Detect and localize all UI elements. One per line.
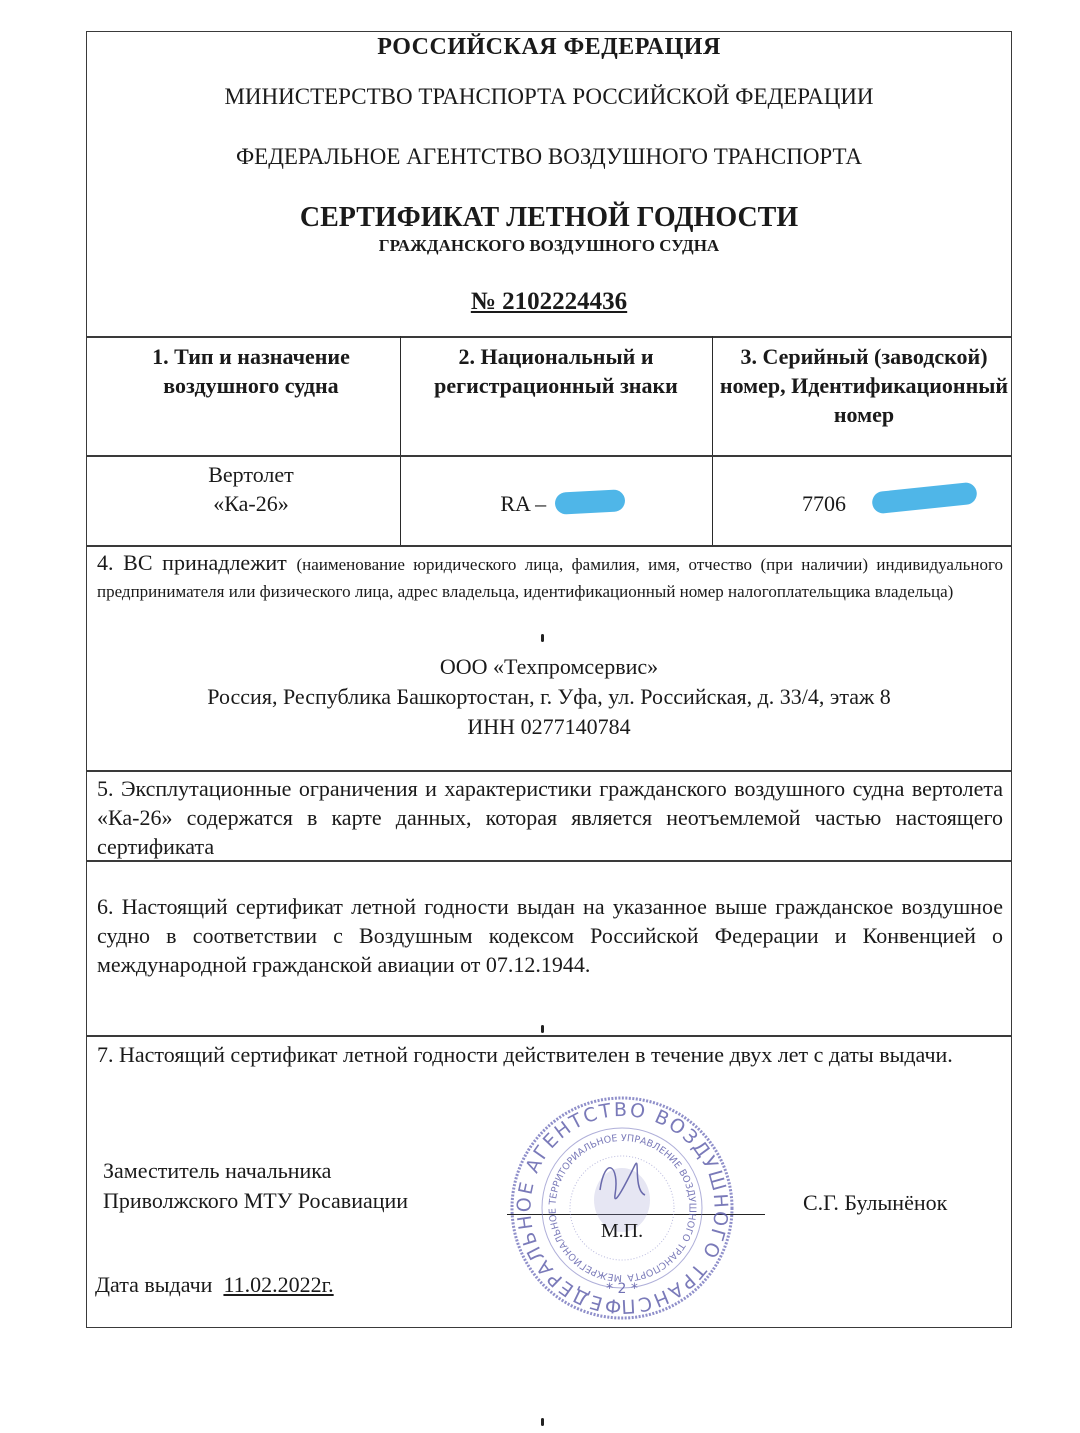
issue-date-label: Дата выдачи xyxy=(95,1272,212,1297)
signer-name: С.Г. Булынёнок xyxy=(803,1188,947,1218)
signer-position: Заместитель начальника Приволжского МТУ … xyxy=(103,1156,408,1216)
divider xyxy=(87,860,1011,862)
aircraft-type-line1: Вертолет xyxy=(117,460,385,489)
ministry-heading: МИНИСТЕРСТВО ТРАНСПОРТА РОССИЙСКОЙ ФЕДЕР… xyxy=(87,84,1011,110)
divider xyxy=(87,455,1011,457)
section-4-header: 4. ВС принадлежит (наименование юридичес… xyxy=(97,550,1003,604)
stamp-number: * 2 * xyxy=(606,1281,638,1297)
serial-prefix: 7706 xyxy=(802,491,846,516)
issue-date: Дата выдачи 11.02.2022г. xyxy=(95,1270,334,1300)
issue-date-value: 11.02.2022г. xyxy=(223,1272,333,1297)
divider xyxy=(87,1035,1011,1037)
redaction-mark xyxy=(554,489,625,515)
owner-address: Россия, Республика Башкортостан, г. Уфа,… xyxy=(87,682,1011,712)
certificate-subtitle: ГРАЖДАНСКОГО ВОЗДУШНОГО СУДНА xyxy=(87,236,1011,256)
certificate-title: СЕРТИФИКАТ ЛЕТНОЙ ГОДНОСТИ xyxy=(87,202,1011,234)
divider xyxy=(87,770,1011,772)
column-divider xyxy=(712,336,713,545)
section-7-text: 7. Настоящий сертификат летной годности … xyxy=(97,1040,1003,1069)
divider xyxy=(87,336,1011,338)
column-header-registration: 2. Национальный и регистрационный знаки xyxy=(407,342,705,400)
divider xyxy=(87,545,1011,547)
punch-mark xyxy=(541,1025,544,1033)
column-divider xyxy=(400,336,401,545)
section-4-label: 4. ВС принадлежит xyxy=(97,550,287,575)
signer-position-line2: Приволжского МТУ Росавиации xyxy=(103,1186,408,1216)
aircraft-type-line2: «Ка-26» xyxy=(117,489,385,518)
column-header-type: 1. Тип и назначение воздушного судна xyxy=(117,342,385,400)
section-6-text: 6. Настоящий сертификат летной годности … xyxy=(97,892,1003,979)
certificate-number-text: № 2102224436 xyxy=(471,288,627,315)
aircraft-type-value: Вертолет «Ка-26» xyxy=(117,460,385,518)
stamp-mark-label: М.П. xyxy=(601,1220,643,1242)
punch-mark xyxy=(541,1418,544,1426)
owner-inn: ИНН 0277140784 xyxy=(87,712,1011,742)
country-heading: РОССИЙСКАЯ ФЕДЕРАЦИЯ xyxy=(87,34,1011,61)
registration-prefix: RA – xyxy=(500,491,551,516)
official-stamp: ФЕДЕРАЛЬНОЕ АГЕНТСТВО ВОЗДУШНОГО ТРАНСПО… xyxy=(505,1095,740,1325)
punch-mark xyxy=(541,634,544,642)
section-5-text: 5. Эксплутационные ограничения и характе… xyxy=(97,774,1003,861)
column-header-serial: 3. Серийный (заводской) номер, Идентифик… xyxy=(719,342,1009,429)
certificate-number: № 2102224436 xyxy=(87,288,1011,316)
agency-heading: ФЕДЕРАЛЬНОЕ АГЕНТСТВО ВОЗДУШНОГО ТРАНСПО… xyxy=(87,144,1011,170)
signer-position-line1: Заместитель начальника xyxy=(103,1156,408,1186)
owner-name: ООО «Техпромсервис» xyxy=(87,652,1011,682)
